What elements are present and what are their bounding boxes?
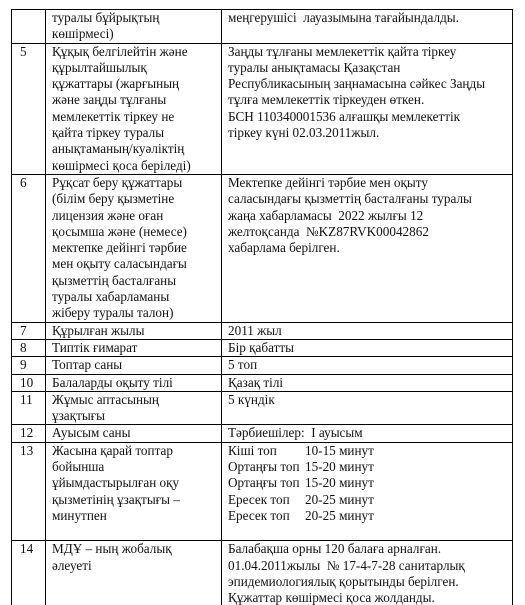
duration-line: Ересек топ20-25 минут <box>228 508 507 524</box>
duration-time: 20-25 минут <box>305 492 374 508</box>
row-number: 14 <box>12 541 46 605</box>
duration-time: 20-25 минут <box>305 508 374 524</box>
value-line: Балабақша орны 120 балаға арналған. <box>228 541 507 557</box>
label-line: Жұмыс аптасының <box>52 392 216 408</box>
label-line: Топтар саны <box>52 357 216 373</box>
table-row: 9Топтар саны5 топ <box>12 357 513 374</box>
label-line: бойынша <box>52 459 216 475</box>
row-label: Ауысым саны <box>46 425 222 442</box>
label-line: Құқық белгілейтін және <box>52 44 216 60</box>
label-line: туралы бұйрықтың <box>52 10 216 26</box>
label-line: мен оқыту саласындағы <box>52 256 216 272</box>
row-value: Балабақша орны 120 балаға арналған.01.04… <box>222 541 513 605</box>
row-label: Балаларды оқыту тілі <box>46 374 222 391</box>
row-number: 9 <box>12 357 46 374</box>
row-value: Заңды тұлғаны мемлекеттік қайта тіркеуту… <box>222 43 513 174</box>
label-line: қызметінің ұзақтығы – <box>52 492 216 508</box>
row-number: 7 <box>12 322 46 339</box>
group-name: Ересек топ <box>228 508 305 524</box>
value-line: Тәрбиешілер: І ауысым <box>228 425 507 441</box>
label-line: ұзақтығы <box>52 408 216 424</box>
table-row: 6Рұқсат беру құжаттары(білім беру қызмет… <box>12 174 513 322</box>
row-value: 5 топ <box>222 357 513 374</box>
label-line: көшірмесі қоса беріледі) <box>52 158 216 174</box>
value-line: туралы анықтамасы Қазақстан <box>228 60 507 76</box>
label-line: мемлекеттік тіркеу не <box>52 109 216 125</box>
value-line: тұлға мемлекеттік тіркеуден өткен. <box>228 92 507 108</box>
row-label: Жасына қарай топтарбойыншаұйымдастырылға… <box>46 442 222 540</box>
table-row: 5Құқық белгілейтін жәнеқұрылтайшылыққұжа… <box>12 43 513 174</box>
row-number: 10 <box>12 374 46 391</box>
label-line: Құрылған жылы <box>52 323 216 339</box>
value-line: БСН 110340001536 алғашқы мемлекеттік <box>228 109 507 125</box>
table-row: 8Типтік ғимаратБір қабатты <box>12 339 513 356</box>
row-label: туралы бұйрықтыңкөшірмесі) <box>46 10 222 44</box>
row-label: МДҰ – ның жобалықәлеуеті <box>46 541 222 605</box>
label-line: анықтаманың/куәліктің <box>52 141 216 157</box>
duration-time: 10-15 минут <box>305 443 374 459</box>
value-line: эпидемиологиялық қорытынды берілген. <box>228 574 507 590</box>
row-value: 2011 жыл <box>222 322 513 339</box>
table-row: 7Құрылған жылы2011 жыл <box>12 322 513 339</box>
label-line: Рұқсат беру құжаттары <box>52 175 216 191</box>
table-row: 13Жасына қарай топтарбойыншаұйымдастырыл… <box>12 442 513 540</box>
label-line: қызметтің басталғаны <box>52 273 216 289</box>
row-label: Жұмыс аптасыныңұзақтығы <box>46 391 222 425</box>
row-number: 6 <box>12 174 46 322</box>
label-line: ұйымдастырылған оқу <box>52 475 216 491</box>
duration-time: 15-20 минут <box>305 459 374 475</box>
label-line: жіберу туралы талон) <box>52 305 216 321</box>
row-number: 8 <box>12 339 46 356</box>
table-body: туралы бұйрықтыңкөшірмесі)меңгерушісі ла… <box>12 10 513 605</box>
row-number: 5 <box>12 43 46 174</box>
label-line: Типтік ғимарат <box>52 340 216 356</box>
value-line: Құжаттар көшірмесі қоса жолданды. <box>228 590 507 605</box>
duration-time: 15-20 минут <box>305 475 374 491</box>
table-row: 11Жұмыс аптасыныңұзақтығы5 күндік <box>12 391 513 425</box>
row-number: 12 <box>12 425 46 442</box>
row-label: Құрылған жылы <box>46 322 222 339</box>
label-line: мектепке дейінгі тәрбие <box>52 240 216 256</box>
label-line: құжаттары (жарғының <box>52 76 216 92</box>
row-label: Рұқсат беру құжаттары(білім беру қызметі… <box>46 174 222 322</box>
row-number: 13 <box>12 442 46 540</box>
row-number: 11 <box>12 391 46 425</box>
label-line: құрылтайшылық <box>52 60 216 76</box>
value-line: тіркеу күні 02.03.2011жыл. <box>228 125 507 141</box>
value-line: саласындағы қызметтің басталғаны туралы <box>228 191 507 207</box>
label-line: қосымша және (немесе) <box>52 224 216 240</box>
value-line: хабарлама берілген. <box>228 240 507 256</box>
row-number <box>12 10 46 44</box>
value-line: 2011 жыл <box>228 323 507 339</box>
value-line: 5 күндік <box>228 392 507 408</box>
row-value: меңгерушісі лауазымына тағайындалды. <box>222 10 513 44</box>
row-label: Құқық белгілейтін жәнеқұрылтайшылыққұжат… <box>46 43 222 174</box>
label-line: лицензия және оған <box>52 208 216 224</box>
value-line: Қазақ тілі <box>228 375 507 391</box>
row-label: Топтар саны <box>46 357 222 374</box>
row-value: 5 күндік <box>222 391 513 425</box>
row-value: Бір қабатты <box>222 339 513 356</box>
label-line: МДҰ – ның жобалық <box>52 541 216 557</box>
table-row: туралы бұйрықтыңкөшірмесі)меңгерушісі ла… <box>12 10 513 44</box>
value-line: Республикасының заңнамасына сәйкес Заңды <box>228 76 507 92</box>
duration-line: Кіші топ10-15 минут <box>228 443 507 459</box>
group-name: Ортаңғы топ <box>228 475 305 491</box>
label-line: туралы хабарламаны <box>52 289 216 305</box>
label-line: (білім беру қызметіне <box>52 191 216 207</box>
value-line: Бір қабатты <box>228 340 507 356</box>
value-line: 5 топ <box>228 357 507 373</box>
label-line: Балаларды оқыту тілі <box>52 375 216 391</box>
label-line: әлеуеті <box>52 558 216 574</box>
duration-line: Ортаңғы топ15-20 минут <box>228 459 507 475</box>
label-line: көшірмесі) <box>52 26 216 42</box>
row-label: Типтік ғимарат <box>46 339 222 356</box>
value-line: меңгерушісі лауазымына тағайындалды. <box>228 10 507 26</box>
value-line: Мектепке дейінгі тәрбие мен оқыту <box>228 175 507 191</box>
value-line: желтоқсанда №KZ87RVK00042862 <box>228 224 507 240</box>
value-line: Заңды тұлғаны мемлекеттік қайта тіркеу <box>228 44 507 60</box>
row-value: Мектепке дейінгі тәрбие мен оқытусаласын… <box>222 174 513 322</box>
group-name: Кіші топ <box>228 443 305 459</box>
table-row: 14МДҰ – ның жобалықәлеуетіБалабақша орны… <box>12 541 513 605</box>
group-name: Ересек топ <box>228 492 305 508</box>
duration-line: Ересек топ20-25 минут <box>228 492 507 508</box>
row-value: Тәрбиешілер: І ауысым <box>222 425 513 442</box>
value-line: 01.04.2011жылы № 17-4-7-28 санитарлық <box>228 558 507 574</box>
label-line: минутпен <box>52 508 216 524</box>
table-row: 12Ауысым саныТәрбиешілер: І ауысым <box>12 425 513 442</box>
value-line: жаңа хабарламасы 2022 жылғы 12 <box>228 208 507 224</box>
duration-line: Ортаңғы топ15-20 минут <box>228 475 507 491</box>
label-line: Ауысым саны <box>52 425 216 441</box>
kindergarten-info-table: туралы бұйрықтыңкөшірмесі)меңгерушісі ла… <box>11 9 513 605</box>
group-name: Ортаңғы топ <box>228 459 305 475</box>
row-value: Қазақ тілі <box>222 374 513 391</box>
label-line: қайта тіркеу туралы <box>52 125 216 141</box>
label-line: Жасына қарай топтар <box>52 443 216 459</box>
row-value: Кіші топ10-15 минутОртаңғы топ15-20 мину… <box>222 442 513 540</box>
label-line: және заңды тұлғаны <box>52 92 216 108</box>
table-row: 10Балаларды оқыту тіліҚазақ тілі <box>12 374 513 391</box>
